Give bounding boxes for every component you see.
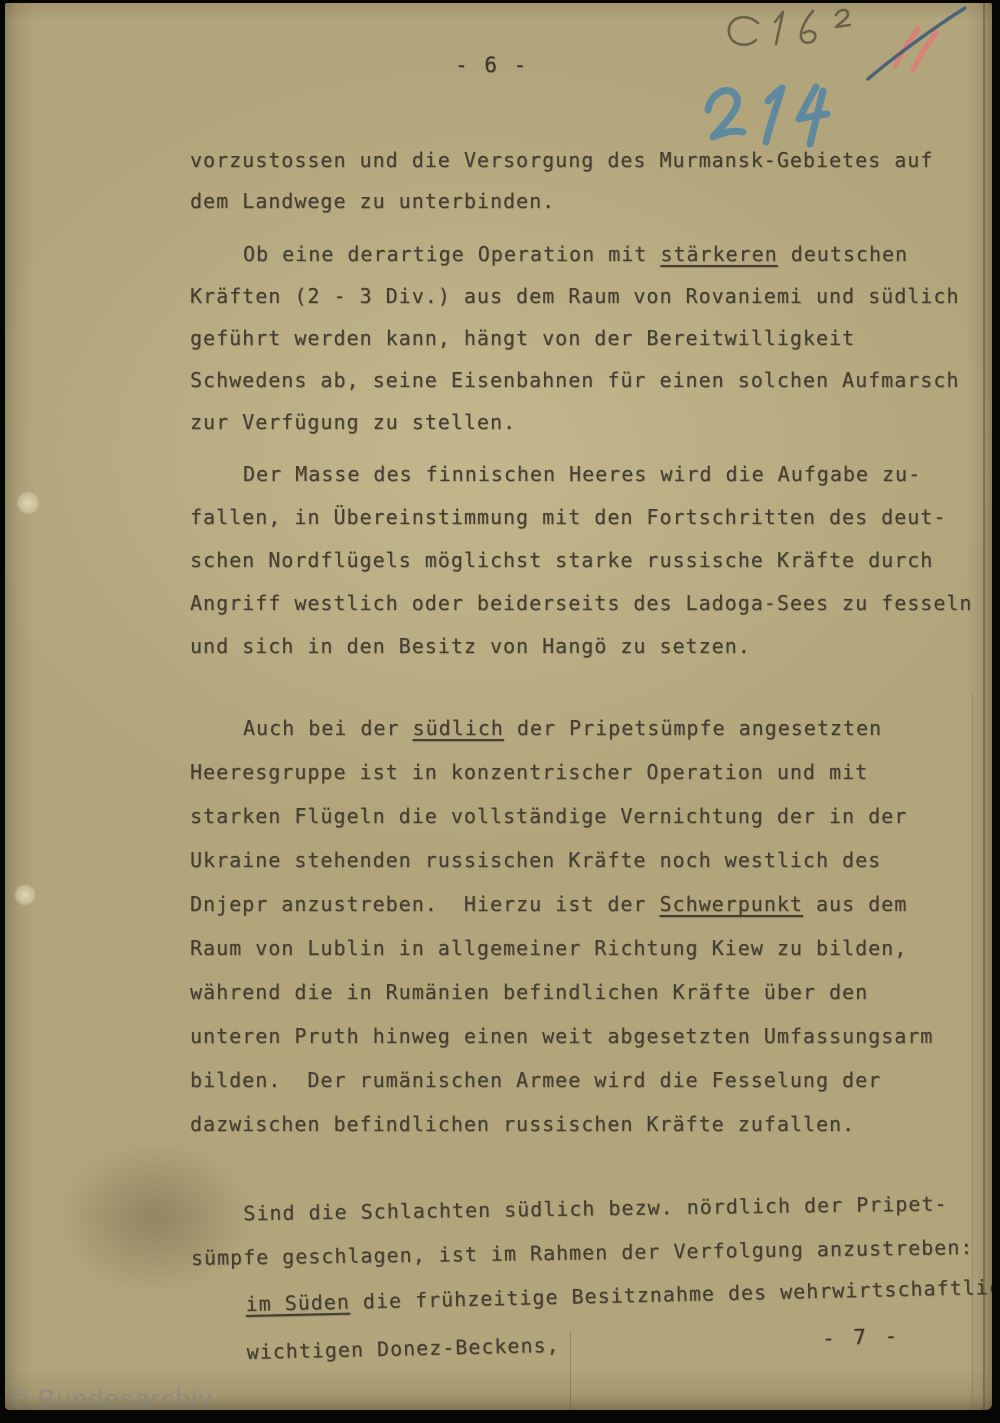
document-page: - 6 - vorzus	[5, 3, 992, 1410]
scan-frame: - 6 - vorzus	[0, 0, 1000, 1423]
archive-watermark: © Bundesarchiv	[8, 1384, 213, 1410]
pencil-mark-icon	[729, 10, 850, 45]
text-line: geführt werden kann, hängt von der Berei…	[190, 317, 959, 359]
page-crease	[983, 3, 985, 1410]
text-line: zur Verfügung zu stellen.	[190, 401, 959, 443]
text-line: Ukraine stehenden russischen Kräfte noch…	[190, 838, 933, 882]
text-line: und sich in den Besitz von Hangö zu setz…	[190, 625, 972, 668]
handwritten-annotations	[680, 3, 992, 153]
text-line: starken Flügeln die vollständige Vernich…	[190, 794, 933, 838]
red-number-icon	[895, 29, 936, 70]
paragraph: Der Masse des finnischen Heeres wird die…	[190, 453, 972, 668]
text-line: Heeresgruppe ist in konzentrischer Opera…	[190, 750, 933, 794]
paragraph: Auch bei der südlich der Pripetsümpfe an…	[190, 706, 933, 1146]
paragraph: vorzustossen und die Versorgung des Murm…	[190, 140, 933, 222]
text-line: Kräften (2 - 3 Div.) aus dem Raum von Ro…	[190, 275, 959, 317]
text-line: schen Nordflügels möglichst starke russi…	[190, 539, 972, 582]
text-line: unteren Pruth hinweg einen weit abgesetz…	[190, 1014, 933, 1058]
text-line: Raum von Lublin in allgemeiner Richtung …	[190, 926, 933, 970]
text-line: dem Landwege zu unterbinden.	[190, 181, 933, 222]
text-line: Auch bei der südlich der Pripetsümpfe an…	[243, 706, 933, 750]
page-crease	[972, 693, 973, 1410]
text-line: Schwedens ab, seine Eisenbahnen für eine…	[190, 359, 959, 401]
paragraph: im Süden die frühzeitige Besitznahme des…	[245, 1263, 992, 1376]
text-line: während die in Rumänien befindlichen Krä…	[190, 970, 933, 1014]
next-page-number: - 7 -	[822, 1324, 901, 1351]
blue-page-number-icon	[708, 87, 827, 144]
page-number: - 6 -	[455, 53, 528, 77]
text-line: Ob eine derartige Operation mit stärkere…	[243, 233, 959, 275]
text-line: Der Masse des finnischen Heeres wird die…	[243, 453, 972, 496]
text-line: dazwischen befindlichen russischen Kräft…	[190, 1102, 933, 1146]
text-line: vorzustossen und die Versorgung des Murm…	[190, 140, 933, 181]
text-line: bilden. Der rumänischen Armee wird die F…	[190, 1058, 933, 1102]
paragraph: Ob eine derartige Operation mit stärkere…	[190, 233, 959, 443]
text-line: Angriff westlich oder beiderseits des La…	[190, 582, 972, 625]
text-line: fallen, in Übereinstimmung mit den Forts…	[190, 496, 972, 539]
text-line: Dnjepr anzustreben. Hierzu ist der Schwe…	[190, 882, 933, 926]
page-crease	[570, 1331, 571, 1410]
